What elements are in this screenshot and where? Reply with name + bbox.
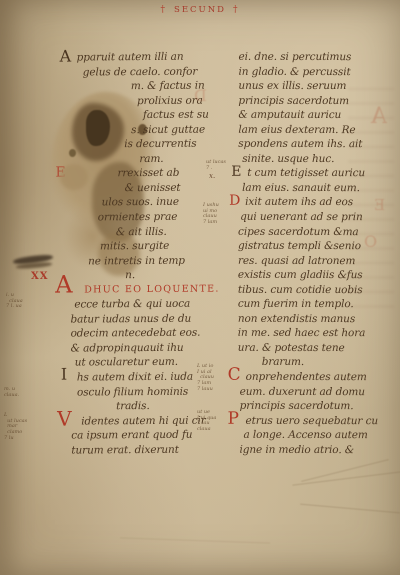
text-line: & amputauit auricu (238, 108, 388, 123)
text-line: gelus de caelo. confor (69, 64, 229, 80)
ghost-letter: A (371, 104, 387, 129)
text-line: principis sacerdotum. (238, 399, 388, 414)
text-line: in gladio. & percussit (238, 64, 388, 79)
text-line: Apparuit autem illi an (69, 49, 229, 65)
parchment-crease (120, 537, 270, 543)
canon-gloss: I ushu ui mo clauu 7 lam (203, 203, 219, 226)
line-text: cum fuerim in templo. (238, 298, 354, 310)
canon-gloss: L ut lucas mar clamo 7 lu (4, 413, 27, 442)
text-line: tibus. cum cotidie uobis (238, 283, 388, 298)
text-line: Conprehendentes autem (238, 370, 388, 385)
line-text: is decurrentis (124, 138, 196, 151)
line-text: in me. sed haec est hora (238, 327, 366, 339)
line-text: mitis. surgite (100, 240, 169, 252)
line-text: qui uenerant ad se prin (240, 211, 363, 223)
text-line: igne in medio atrio. & (237, 443, 387, 458)
canon-gloss: x. (209, 174, 215, 180)
line-text: unus ex illis. seruum (238, 80, 346, 92)
initial-letter: C (228, 368, 241, 383)
line-text: principis sacerdotum (238, 94, 349, 106)
ghost-letter: D (194, 86, 207, 105)
canon-gloss: ut lucas 7 . (206, 160, 226, 171)
text-line: a longe. Accenso autem (238, 428, 388, 443)
line-text: igne in medio atrio. & (239, 444, 354, 456)
text-line: ecce turba & qui uoca (70, 297, 230, 313)
initial-letter: P (228, 411, 239, 426)
line-text: identes autem hi qui cir (81, 414, 206, 427)
text-line: brarum. (238, 355, 388, 370)
text-line: Adhuc eo loquente. (70, 282, 230, 298)
line-text: ixit autem ihs ad eos (245, 196, 353, 208)
ghost-letter: O (364, 232, 377, 251)
line-text: etrus uero sequebatur cu (246, 414, 378, 426)
running-title-text: SECUND (174, 5, 226, 15)
line-text: tibus. cum cotidie uobis (238, 284, 363, 296)
line-text: & adpropinquauit ihu (71, 342, 184, 355)
text-line: sinite. usque huc. (238, 152, 388, 167)
line-text: existis cum gladiis &fus (238, 269, 363, 281)
line-text: gistratus templi &senio (238, 240, 361, 252)
text-line: cum fuerim in templo. (238, 297, 388, 312)
text-line: ei. dne. si percutimus (238, 50, 388, 65)
text-line: non extendistis manus (238, 312, 388, 327)
initial-letter: D (229, 194, 240, 209)
line-text: ei. dne. si percutimus (238, 51, 351, 63)
initial-letter: A (60, 50, 72, 65)
text-line: ura. & potestas tene (238, 341, 388, 356)
canon-gloss: m. u claua. (4, 387, 19, 398)
initial-letter: E (231, 165, 241, 180)
text-line: factus est su (69, 108, 229, 124)
chapter-number: XX (31, 271, 49, 282)
parchment-crease (300, 504, 400, 514)
line-text: ormientes prae (98, 211, 178, 224)
parchment-abrasion (60, 164, 88, 190)
line-text: batur iudas unus de du (70, 313, 191, 326)
line-text: pparuit autem illi an (77, 51, 184, 64)
text-line: qui uenerant ad se prin (238, 210, 388, 225)
line-text: & ait illis. (116, 225, 167, 237)
initial-letter: V (57, 411, 71, 426)
text-line: & ait illis. (70, 224, 230, 240)
canon-gloss: L ut io I ui al clauu 7 lam 7 lauu (197, 364, 214, 393)
line-text: sinite. usque huc. (242, 153, 334, 165)
text-line: ne intretis in temp (70, 253, 230, 269)
text-line: turum erat. dixerunt (71, 442, 231, 458)
line-text: ecce turba & qui uoca (74, 298, 190, 311)
line-text: non extendistis manus (238, 313, 355, 325)
line-text: a longe. Accenso autem (244, 429, 368, 441)
text-line: eum. duxerunt ad domu (238, 384, 388, 399)
canon-gloss: ut ue I ui qua 7 lau claua (197, 410, 216, 433)
line-text: hs autem dixit ei. iuda (77, 371, 193, 384)
text-line: & adpropinquauit ihu (71, 340, 231, 356)
cross-icon: † (161, 5, 168, 15)
text-line: in me. sed haec est hora (238, 326, 388, 341)
line-text: res. quasi ad latronem (238, 254, 355, 266)
text-line: & uenisset (69, 180, 229, 196)
manuscript-page: †SECUND† XX Apparuit autem illi angelus … (0, 0, 400, 575)
line-text: ulos suos. inue (102, 196, 179, 209)
text-line: lam eius dexteram. Re (238, 123, 388, 138)
text-line: s. sicut guttae (69, 122, 229, 138)
line-text: & uenisset (124, 182, 180, 194)
initial-letter: I (61, 368, 67, 383)
line-text: eum. duxerunt ad domu (240, 385, 365, 397)
text-line: principis sacerdotum (238, 93, 388, 108)
line-text: gelus de caelo. confor (83, 65, 198, 78)
line-text: rrexisset ab (117, 167, 179, 179)
line-text: osculo filium hominis (77, 385, 188, 398)
line-text: dhuc eo loquente. (84, 283, 220, 295)
line-text: lam eius. sanauit eum. (242, 182, 360, 194)
canon-gloss: i. u claua 7 l. ua (6, 293, 23, 310)
line-text: onprehendentes autem (246, 371, 367, 383)
line-text: ura. & potestas tene (238, 342, 345, 354)
running-title: †SECUND† (0, 5, 400, 15)
line-text: ut oscularetur eum. (75, 356, 178, 369)
left-text-column: Apparuit autem illi angelus de caelo. co… (69, 49, 232, 457)
line-text: s. sicut guttae (131, 123, 205, 136)
text-line: lam eius. sanauit eum. (238, 181, 388, 196)
text-line: spondens autem ihs. ait (238, 137, 388, 152)
line-text: & amputauit auricu (238, 109, 341, 121)
text-line: existis cum gladiis &fus (238, 268, 388, 283)
line-text: spondens autem ihs. ait (238, 138, 362, 150)
right-text-column: ei. dne. si percutimusin gladio. & percu… (237, 50, 388, 458)
text-line: odecim antecedebat eos. (71, 326, 231, 342)
text-line: n. (70, 268, 230, 284)
text-line: is decurrentis (69, 137, 229, 153)
cross-icon: † (233, 5, 240, 15)
line-text: cipes sacerdotum &ma (238, 225, 359, 237)
line-text: brarum. (262, 356, 304, 368)
line-text: n. (125, 269, 135, 281)
text-line: Et cum tetigisset auricu (238, 166, 388, 181)
line-text: ram. (139, 153, 163, 165)
line-text: odecim antecedebat eos. (71, 327, 201, 340)
text-line: batur iudas unus de du (70, 311, 230, 327)
line-text: ca ipsum erant quod fu (71, 429, 192, 442)
line-text: factus est su (143, 109, 209, 121)
text-line: Petrus uero sequebatur cu (238, 413, 388, 428)
text-line: res. quasi ad latronem (238, 253, 388, 268)
line-text: lam eius dexteram. Re (238, 124, 355, 136)
text-line: Dixit autem ihs ad eos (238, 195, 388, 210)
text-line: unus ex illis. seruum (238, 79, 388, 94)
initial-letter: A (55, 277, 74, 292)
line-text: ne intretis in temp (88, 254, 185, 267)
text-line: mitis. surgite (70, 239, 230, 255)
line-text: in gladio. & percussit (238, 65, 350, 77)
line-text: turum erat. dixerunt (71, 444, 179, 457)
line-text: t cum tetigisset auricu (247, 167, 365, 179)
line-text: principis sacerdotum. (240, 400, 354, 412)
line-text: tradis. (116, 400, 150, 412)
ghost-letter: E (374, 196, 385, 214)
line-text: prolixius ora (137, 94, 203, 106)
